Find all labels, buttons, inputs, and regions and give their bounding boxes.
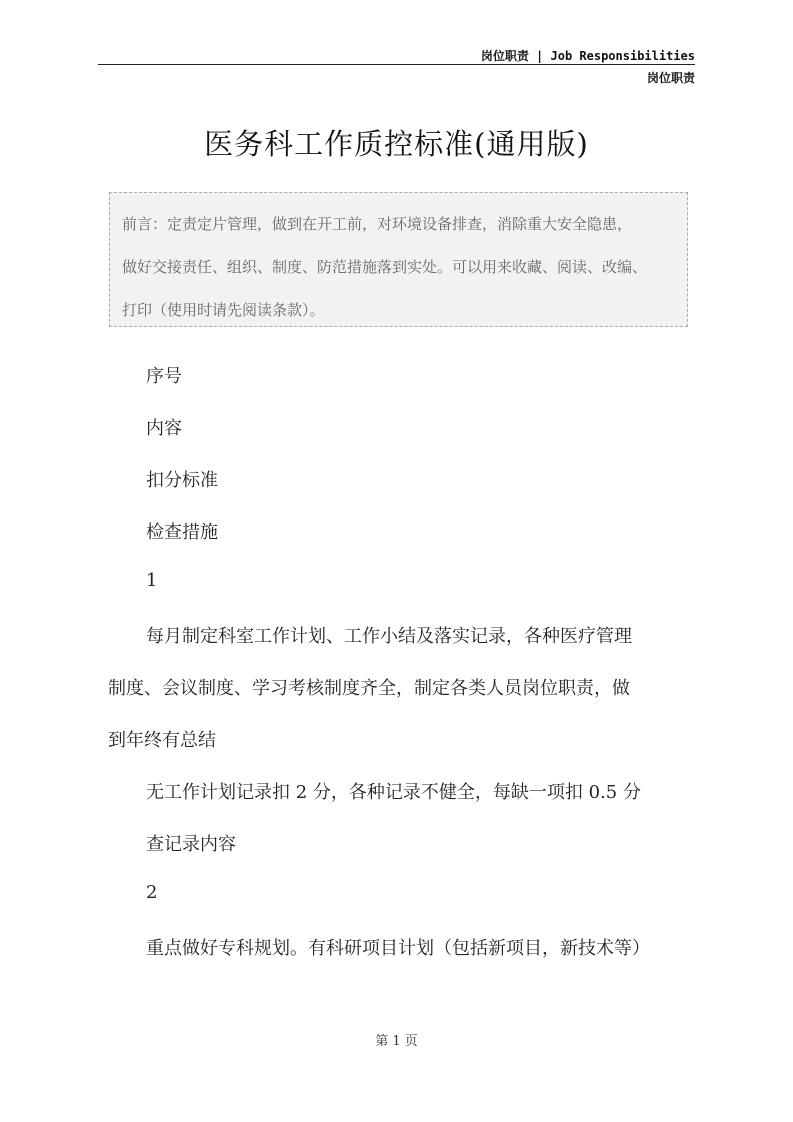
header-number: 序号 [146, 362, 182, 388]
preface-line: 打印（使用时请先阅读条款）。 [122, 289, 677, 332]
header-inspection: 检查措施 [146, 518, 218, 544]
item-content-line: 制度、会议制度、学习考核制度齐全，制定各类人员岗位职责，做 [108, 674, 630, 700]
running-header-subtitle: 岗位职责 [647, 69, 695, 86]
item-number: 2 [146, 882, 157, 903]
header-divider [98, 64, 695, 65]
item-content-line: 到年终有总结 [108, 726, 216, 752]
header-deduction: 扣分标准 [146, 466, 218, 492]
page-number: 第 1 页 [0, 1030, 793, 1049]
item-content-line: 重点做好专科规划。有科研项目计划（包括新项目，新技术等） [146, 934, 650, 960]
item-inspection: 查记录内容 [146, 830, 236, 856]
item-number: 1 [146, 570, 157, 591]
header-content: 内容 [146, 414, 182, 440]
preface-line: 前言：定责定片管理，做到在开工前，对环境设备排查，消除重大安全隐患， [122, 203, 677, 246]
item-deduction: 无工作计划记录扣 2 分，各种记录不健全，每缺一项扣 0.5 分 [146, 778, 641, 804]
preface-box: 前言：定责定片管理，做到在开工前，对环境设备排查，消除重大安全隐患， 做好交接责… [109, 192, 688, 327]
item-content-line: 每月制定科室工作计划、工作小结及落实记录，各种医疗管理 [146, 622, 632, 648]
preface-line: 做好交接责任、组织、制度、防范措施落到实处。可以用来收藏、阅读、改编、 [122, 246, 677, 289]
running-header: 岗位职责 | Job Responsibilities [481, 47, 695, 64]
document-title: 医务科工作质控标准(通用版) [0, 122, 793, 163]
